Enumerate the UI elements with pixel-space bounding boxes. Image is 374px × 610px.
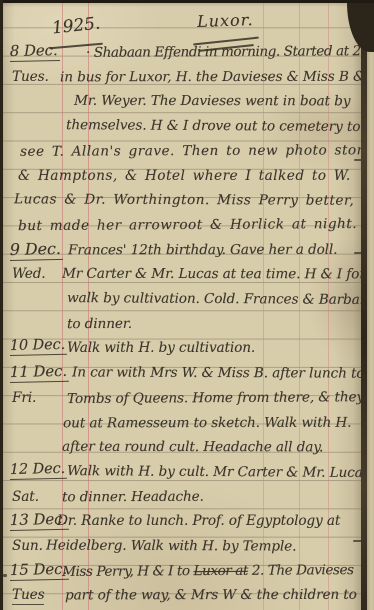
- entry-line: Miss Perry, H & I to Luxor at 2. The Dav…: [62, 562, 354, 580]
- entry-line: Mr Carter & Mr. Lucas at tea time. H & I…: [62, 266, 366, 283]
- entry-line: out at Ramesseum to sketch. Walk with H.: [63, 414, 351, 431]
- entry-line: & Hamptons, & Hotel where I talked to W.: [18, 168, 351, 184]
- next-page-edge: [367, 0, 374, 610]
- entry-day: Sat.: [12, 489, 39, 505]
- entry-date: 11 Dec.: [10, 362, 70, 383]
- entry-date: 8 Dec.: [10, 41, 60, 62]
- diary-page-photo: 1925. Luxor. 8 Dec.Tues.· Shabaan Effend…: [0, 0, 374, 610]
- entry-day: Sun.: [12, 538, 43, 554]
- entry-date: 10 Dec.: [10, 337, 68, 356]
- entry-line: after tea round cult. Headache all day.: [62, 439, 323, 456]
- entry-line: themselves. H & I drove out to cemetery …: [66, 117, 360, 135]
- entry-line: Walk with H. by cultivation.: [67, 340, 255, 356]
- pencil-mark: [3, 574, 7, 577]
- entry-date: 9 Dec.: [10, 238, 63, 260]
- entry-line: part of the way, & Mrs W & the children …: [65, 587, 374, 604]
- photo-top-edge: [0, 0, 374, 3]
- entry-line: Frances' 12th birthday. Gave her a doll.: [68, 241, 337, 258]
- diary-entries: 8 Dec.Tues.· Shabaan Effendi in morning.…: [0, 0, 362, 610]
- binding-edge: [0, 0, 3, 610]
- entry-line: Dr. Ranke to lunch. Prof. of Egyptology …: [57, 513, 340, 529]
- entry-line: but made her arrowroot & Horlick at nigh…: [18, 216, 357, 234]
- entry-line: to dinner.: [67, 316, 132, 332]
- entry-day: Tues.: [12, 69, 49, 85]
- entry-line: Heidelberg. Walk with H. by Temple.: [46, 537, 296, 554]
- entry-day: Tues: [12, 587, 44, 605]
- entry-day: Fri.: [12, 390, 36, 406]
- entry-line: see T. Allan's grave. Then to new photo …: [20, 142, 374, 160]
- entry-day: Wed.: [12, 266, 46, 282]
- entry-date: 15 Dec.: [10, 559, 70, 580]
- entry-line: · Shabaan Effendi in morning. Started at…: [86, 43, 361, 61]
- entry-line: to dinner. Headache.: [62, 488, 204, 505]
- entry-line: in bus for Luxor, H. the Davieses & Miss…: [60, 68, 365, 85]
- entry-line: walk by cultivation. Cold. Frances & Bar…: [67, 290, 374, 308]
- entry-line: In car with Mrs W. & Miss B. after lunch…: [72, 364, 364, 381]
- notebook-page: 1925. Luxor. 8 Dec.Tues.· Shabaan Effend…: [0, 0, 362, 610]
- entry-line: Lucas & Dr. Worthington. Miss Perry bett…: [14, 191, 354, 208]
- entry-line: Mr. Weyer. The Davieses went in boat by: [74, 93, 350, 110]
- entry-line: Tombs of Queens. Home from there, & they…: [67, 389, 374, 407]
- entry-line: Walk with H. by cult. Mr Carter & Mr. Lu…: [67, 463, 370, 481]
- entry-date: 12 Dec.: [10, 461, 68, 480]
